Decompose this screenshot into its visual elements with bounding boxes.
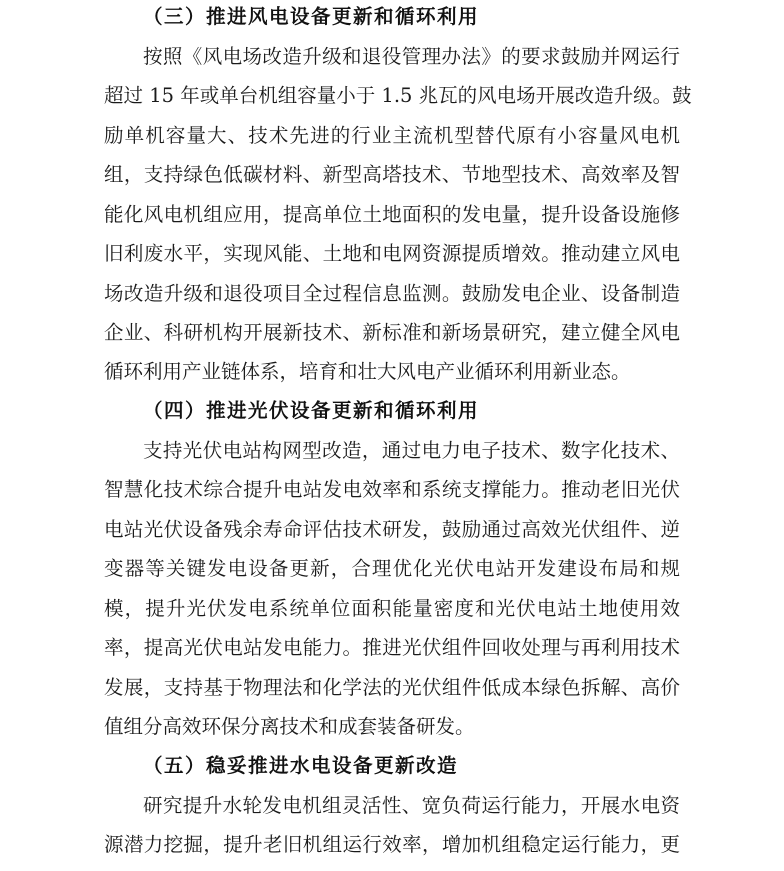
- paragraph-line: 模，提升光伏发电系统单位面积能量密度和光伏电站土地使用效: [104, 594, 680, 624]
- paragraph-line: 场改造升级和退役项目全过程信息监测。鼓励发电企业、设备制造: [104, 279, 680, 309]
- paragraph-line: 发展，支持基于物理法和化学法的光伏组件低成本绿色拆解、高价: [104, 673, 680, 703]
- paragraph-line: 能化风电机组应用，提高单位土地面积的发电量，提升设备设施修: [104, 200, 680, 230]
- paragraph-line: 支持光伏电站构网型改造，通过电力电子技术、数字化技术、: [143, 436, 680, 466]
- paragraph-line: 值组分高效环保分离技术和成套装备研发。: [104, 712, 680, 742]
- document-page: （三）推进风电设备更新和循环利用 按照《风电场改造升级和退役管理办法》的要求鼓励…: [0, 0, 784, 871]
- section-heading-wind: （三）推进风电设备更新和循环利用: [143, 2, 479, 32]
- paragraph-line: 变器等关键发电设备更新，合理优化光伏电站开发建设布局和规: [104, 554, 680, 584]
- paragraph-line: 励单机容量大、技术先进的行业主流机型替代原有小容量风电机: [104, 121, 680, 151]
- paragraph-line: 循环利用产业链体系，培育和壮大风电产业循环利用新业态。: [104, 357, 680, 387]
- paragraph-line: 按照《风电场改造升级和退役管理办法》的要求鼓励并网运行: [143, 42, 680, 72]
- paragraph-line: 组，支持绿色低碳材料、新型高塔技术、节地型技术、高效率及智: [104, 160, 680, 190]
- section-heading-solar: （四）推进光伏设备更新和循环利用: [143, 396, 479, 426]
- paragraph-line: 旧利废水平，实现风能、土地和电网资源提质增效。推动建立风电: [104, 239, 680, 269]
- section-heading-hydro: （五）稳妥推进水电设备更新改造: [143, 751, 458, 781]
- paragraph-line: 源潜力挖掘，提升老旧机组运行效率，增加机组稳定运行能力，更: [104, 830, 680, 860]
- paragraph-line: 研究提升水轮发电机组灵活性、宽负荷运行能力，开展水电资: [143, 791, 680, 821]
- paragraph-line: 超过 15 年或单台机组容量小于 1.5 兆瓦的风电场开展改造升级。鼓: [104, 81, 680, 111]
- paragraph-line: 电站光伏设备残余寿命评估技术研发，鼓励通过高效光伏组件、逆: [104, 515, 680, 545]
- paragraph-line: 率，提高光伏电站发电能力。推进光伏组件回收处理与再利用技术: [104, 633, 680, 663]
- paragraph-line: 企业、科研机构开展新技术、新标准和新场景研究，建立健全风电: [104, 318, 680, 348]
- paragraph-line: 智慧化技术综合提升电站发电效率和系统支撑能力。推动老旧光伏: [104, 475, 680, 505]
